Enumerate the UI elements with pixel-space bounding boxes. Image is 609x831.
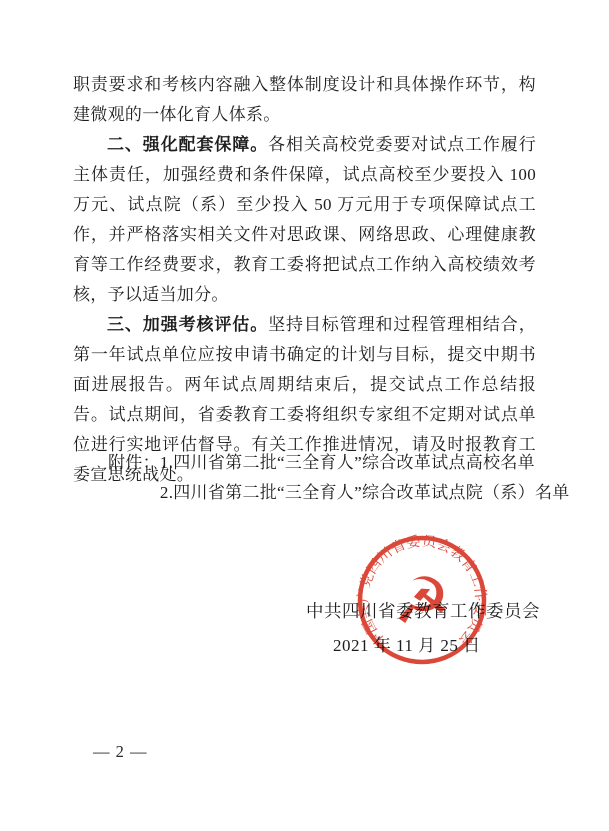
paragraph-3-heading: 三、加强考核评估。: [107, 315, 268, 334]
attachment-item-2: 2.四川省第二批“三全育人”综合改革试点院（系）名单: [160, 478, 570, 508]
body-text: 职责要求和考核内容融入整体制度设计和具体操作环节，构建微观的一体化育人体系。 二…: [73, 70, 536, 490]
official-seal: 中国共产党四川省委员会教育工作委员会 ☭: [355, 533, 489, 667]
paragraph-2-heading: 二、强化配套保障。: [107, 135, 268, 154]
paragraph-2-text: 各相关高校党委要对试点工作履行主体责任，加强经费和条件保障，试点高校至少要投入 …: [73, 135, 536, 304]
page-number: — 2 —: [93, 742, 148, 762]
attachments-block: 附件： 1.四川省第二批“三全育人”综合改革试点高校名单 2.四川省第二批“三全…: [108, 448, 570, 508]
hammer-sickle-icon: ☭: [393, 565, 450, 639]
attachment-item-1: 1.四川省第二批“三全育人”综合改革试点高校名单: [160, 448, 570, 478]
paragraph-2: 二、强化配套保障。各相关高校党委要对试点工作履行主体责任，加强经费和条件保障，试…: [73, 130, 536, 310]
attachments-label: 附件：: [108, 448, 160, 508]
document-page: 职责要求和考核内容融入整体制度设计和具体操作环节，构建微观的一体化育人体系。 二…: [0, 0, 609, 831]
attachments-list: 1.四川省第二批“三全育人”综合改革试点高校名单 2.四川省第二批“三全育人”综…: [160, 448, 570, 508]
paragraph-continuation: 职责要求和考核内容融入整体制度设计和具体操作环节，构建微观的一体化育人体系。: [73, 70, 536, 130]
